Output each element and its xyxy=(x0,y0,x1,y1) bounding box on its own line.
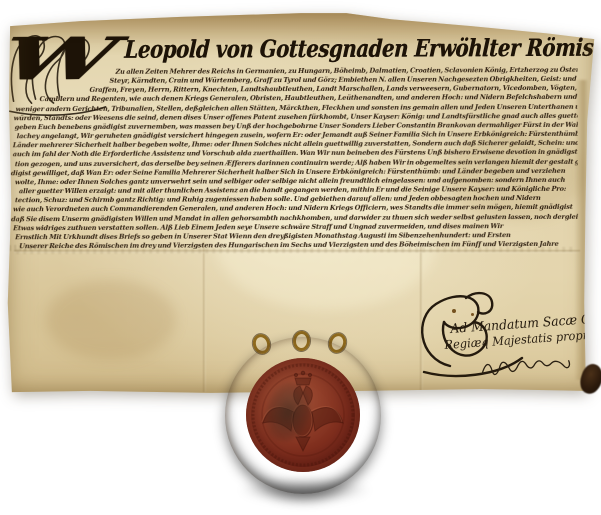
charter-title: Leopold von Gottesgnaden Erwöhlter Römis… xyxy=(124,32,601,64)
photograph-of-imperial-charter: { "colors": { "background": "#ffffff", "… xyxy=(0,0,601,515)
charter-initial-letter: W xyxy=(0,25,123,94)
ink-offset-ghost-line xyxy=(16,247,572,254)
chancellery-subscription: Ad Mandatum Sacæ Cæs: Regiæq Majestatis … xyxy=(410,286,590,386)
seal-wax-disc xyxy=(246,358,360,472)
wax-seal xyxy=(225,337,381,494)
